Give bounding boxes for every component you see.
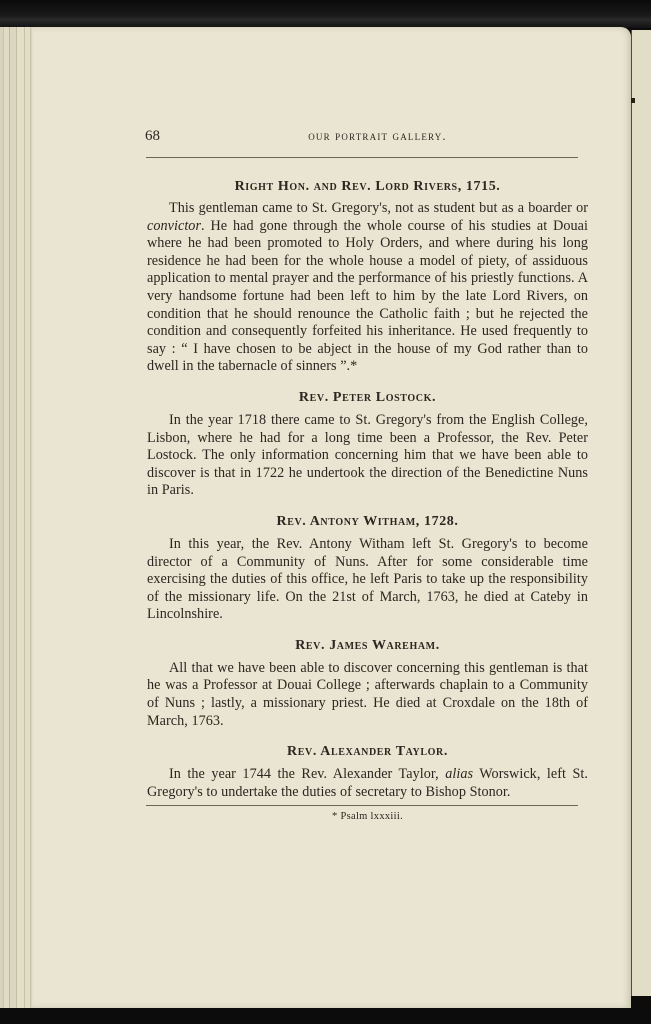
section-heading-lord-rivers: Right Hon. and Rev. Lord Rivers, 1715. bbox=[147, 178, 588, 196]
body-text: This gentleman came to St. Gregory's, no… bbox=[169, 200, 588, 216]
body-text: In the year 1744 the Rev. Alexander Tayl… bbox=[169, 766, 445, 782]
footnote-rule bbox=[146, 805, 578, 806]
section-heading-antony-witham: Rev. Antony Witham, 1728. bbox=[147, 513, 588, 531]
section-body-antony-witham: In this year, the Rev. Antony Witham lef… bbox=[147, 536, 588, 624]
header-rule bbox=[146, 157, 578, 158]
section-body-peter-lostock: In the year 1718 there came to St. Grego… bbox=[147, 412, 588, 500]
italic-term: alias bbox=[445, 766, 473, 782]
section-heading-alexander-taylor: Rev. Alexander Taylor. bbox=[147, 743, 588, 761]
section-body-lord-rivers: This gentleman came to St. Gregory's, no… bbox=[147, 200, 588, 376]
scan-background-bottom bbox=[0, 1008, 651, 1024]
section-heading-peter-lostock: Rev. Peter Lostock. bbox=[147, 389, 588, 407]
section-heading-james-wareham: Rev. James Wareham. bbox=[147, 637, 588, 655]
running-title: OUR PORTRAIT GALLERY. bbox=[147, 129, 588, 144]
italic-term: convictor bbox=[147, 218, 201, 234]
page-stack-edges bbox=[0, 27, 36, 1010]
section-body-alexander-taylor: In the year 1744 the Rev. Alexander Tayl… bbox=[147, 766, 588, 801]
running-head: 68 OUR PORTRAIT GALLERY. bbox=[147, 128, 588, 148]
page-edge-mark bbox=[631, 98, 635, 103]
scan-background-top bbox=[0, 0, 651, 28]
footnote: * Psalm lxxxiii. bbox=[147, 811, 588, 822]
section-body-james-wareham: All that we have been able to discover c… bbox=[147, 660, 588, 730]
page-content: 68 OUR PORTRAIT GALLERY. Right Hon. and … bbox=[147, 128, 588, 822]
next-page-edge bbox=[631, 30, 651, 996]
body-text: . He had gone through the whole course o… bbox=[147, 218, 588, 375]
